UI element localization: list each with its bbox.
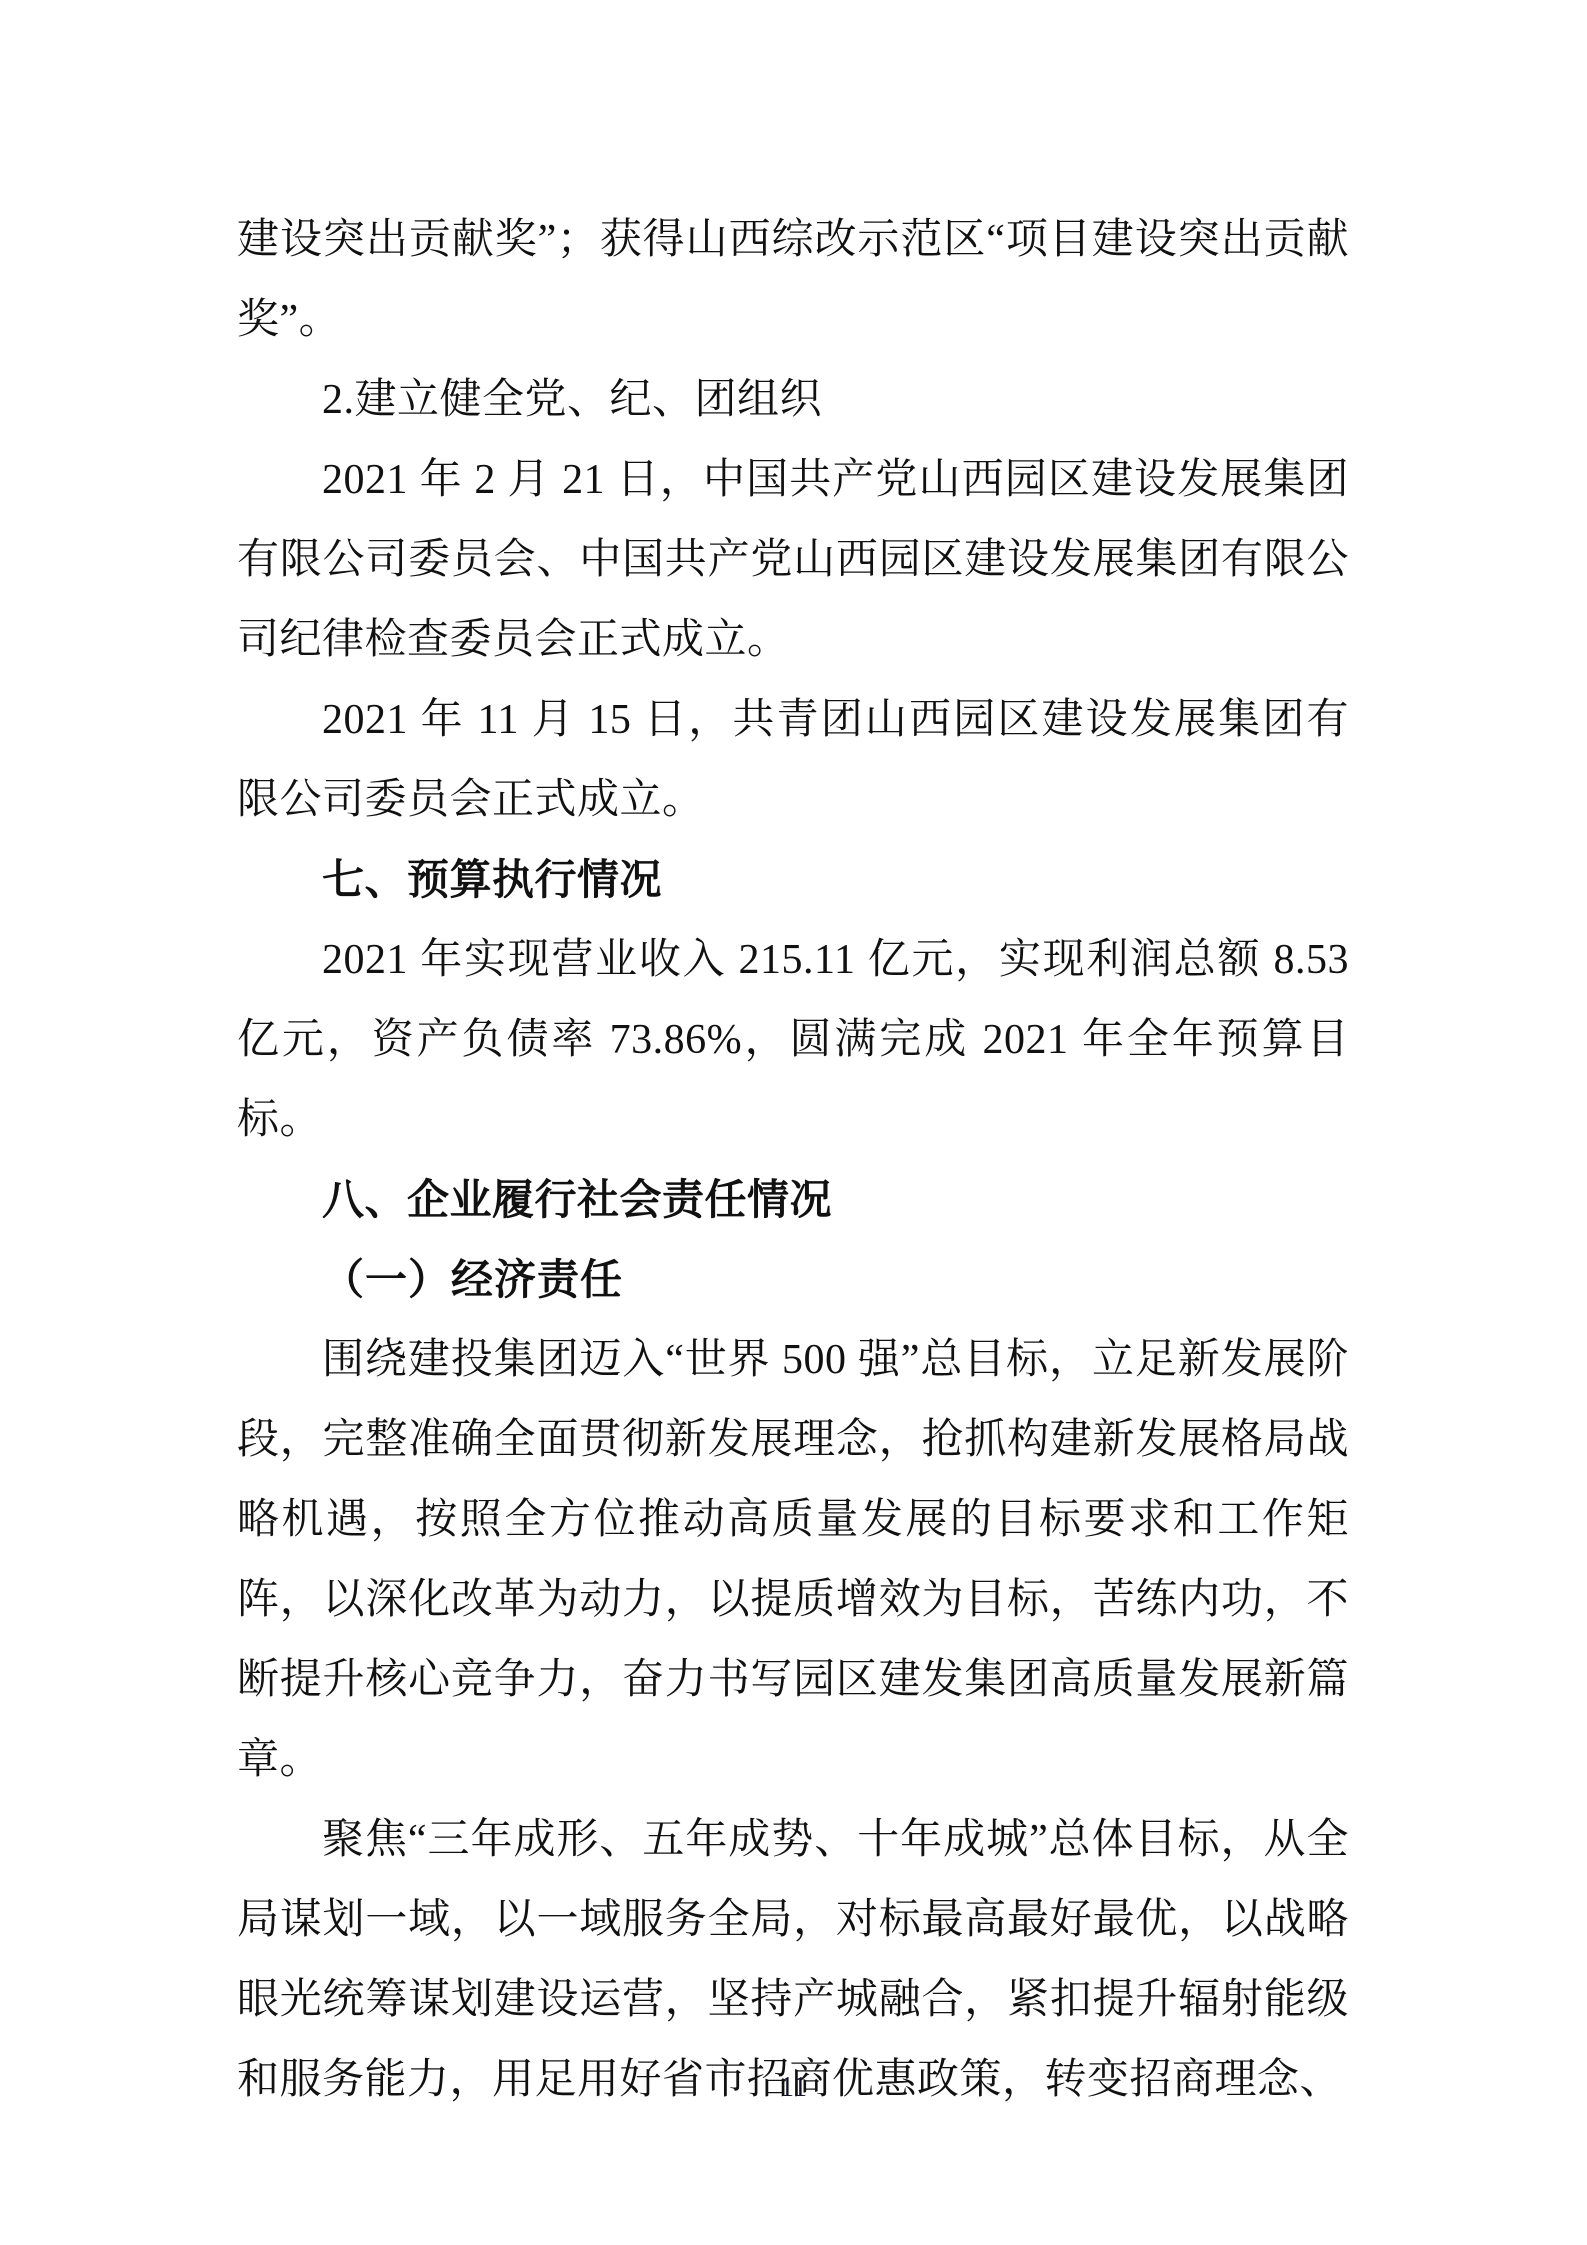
paragraph-party-committee: 2021 年 2 月 21 日，中国共产党山西园区建设发展集团有限公司委员会、中… [237,440,1349,680]
paragraph-budget-results: 2021 年实现营业收入 215.11 亿元，实现利润总额 8.53 亿元，资产… [237,920,1349,1160]
subsection-heading-economic: （一）经济责任 [237,1240,1349,1320]
page-number: 11 [0,2072,1587,2104]
section-heading-social-responsibility: 八、企业履行社会责任情况 [237,1160,1349,1240]
section-heading-budget: 七、预算执行情况 [237,840,1349,920]
paragraph-award-continuation: 建设突出贡献奖”；获得山西综改示范区“项目建设突出贡献奖”。 [237,200,1349,360]
paragraph-economic-goals: 围绕建投集团迈入“世界 500 强”总目标，立足新发展阶段，完整准确全面贯彻新发… [237,1320,1349,1800]
paragraph-youth-league: 2021 年 11 月 15 日，共青团山西园区建设发展集团有限公司委员会正式成… [237,680,1349,840]
document-body: 建设突出贡献奖”；获得山西综改示范区“项目建设突出贡献奖”。 2.建立健全党、纪… [237,200,1349,2120]
document-page: 建设突出贡献奖”；获得山西综改示范区“项目建设突出贡献奖”。 2.建立健全党、纪… [0,0,1587,2245]
numbered-item-party-org: 2.建立健全党、纪、团组织 [237,360,1349,440]
